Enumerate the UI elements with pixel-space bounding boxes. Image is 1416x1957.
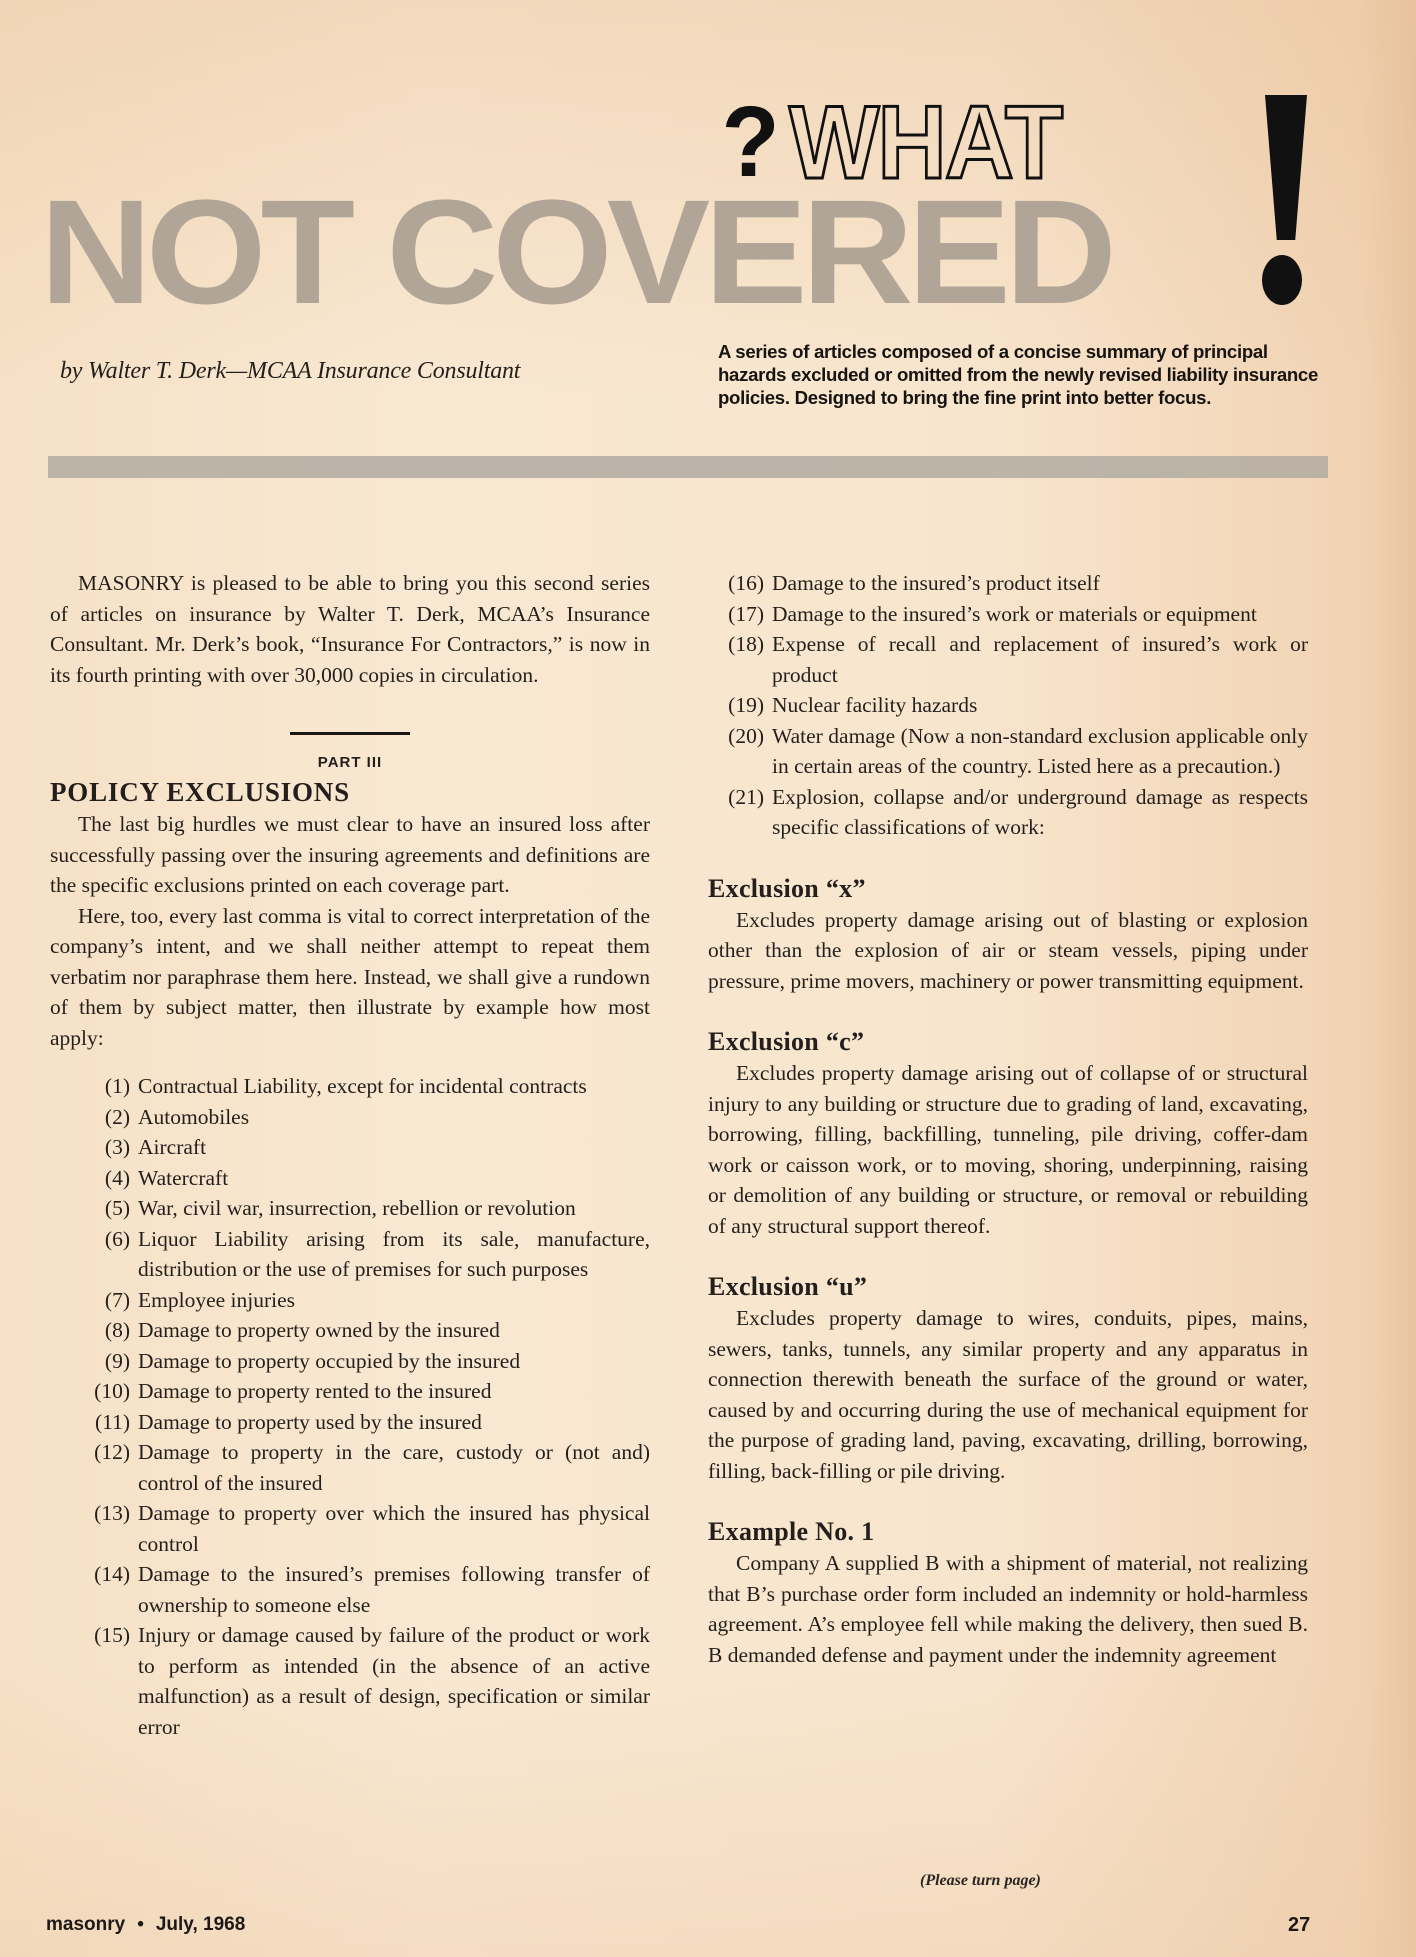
exclusion-number: (15) bbox=[72, 1620, 138, 1742]
exclusion-text: Damage to property over which the insure… bbox=[138, 1498, 650, 1559]
exclusion-number: (12) bbox=[72, 1437, 138, 1498]
exclusion-text: Damage to property rented to the insured bbox=[138, 1376, 650, 1407]
exclamation-dot-icon bbox=[1262, 255, 1302, 305]
exclusion-item: (21)Explosion, collapse and/or undergrou… bbox=[708, 782, 1308, 843]
exclusion-text: Employee injuries bbox=[138, 1285, 650, 1316]
byline: by Walter T. Derk—MCAA Insurance Consult… bbox=[60, 358, 520, 385]
example-title: Example No. 1 bbox=[708, 1516, 1308, 1548]
exclusion-number: (8) bbox=[72, 1315, 138, 1346]
exclamation-bar-icon bbox=[1265, 95, 1307, 240]
article-deck: A series of articles composed of a conci… bbox=[718, 340, 1318, 409]
exclusion-text: Damage to the insured’s premises followi… bbox=[138, 1559, 650, 1620]
section-title: POLICY EXCLUSIONS bbox=[50, 775, 650, 809]
exclusion-text: War, civil war, insurrection, rebellion … bbox=[138, 1193, 650, 1224]
example-body: Company A supplied B with a shipment of … bbox=[708, 1548, 1308, 1670]
page-number: 27 bbox=[1288, 1914, 1310, 1937]
exclusion-item: (1)Contractual Liability, except for inc… bbox=[50, 1071, 650, 1102]
exclusion-text: Damage to the insured’s work or material… bbox=[772, 599, 1308, 630]
intro-paragraph: MASONRY is pleased to be able to bring y… bbox=[50, 568, 650, 690]
exclusion-number: (6) bbox=[72, 1224, 138, 1285]
exclusion-text: Expense of recall and replacement of ins… bbox=[772, 629, 1308, 690]
exclusion-number: (2) bbox=[72, 1102, 138, 1133]
exclusion-text: Damage to property owned by the insured bbox=[138, 1315, 650, 1346]
exclusion-number: (17) bbox=[708, 599, 772, 630]
exclusion-item: (10)Damage to property rented to the ins… bbox=[50, 1376, 650, 1407]
exclusion-text: Automobiles bbox=[138, 1102, 650, 1133]
body-paragraph: Here, too, every last comma is vital to … bbox=[50, 901, 650, 1054]
subsection-title: Exclusion “x” bbox=[708, 873, 1308, 905]
body-paragraph: The last big hurdles we must clear to ha… bbox=[50, 809, 650, 901]
exclusion-item: (8)Damage to property owned by the insur… bbox=[50, 1315, 650, 1346]
exclusion-text: Damage to property in the care, custody … bbox=[138, 1437, 650, 1498]
exclusion-item: (18)Expense of recall and replacement of… bbox=[708, 629, 1308, 690]
subsection-body: Excludes property damage arising out of … bbox=[708, 1058, 1308, 1241]
exclusion-number: (13) bbox=[72, 1498, 138, 1559]
exclusion-number: (21) bbox=[708, 782, 772, 843]
exclusion-text: Injury or damage caused by failure of th… bbox=[138, 1620, 650, 1742]
exclusion-item: (15)Injury or damage caused by failure o… bbox=[50, 1620, 650, 1742]
right-column: (16)Damage to the insured’s product itse… bbox=[708, 568, 1308, 1670]
exclusion-item: (4)Watercraft bbox=[50, 1163, 650, 1194]
exclusion-number: (5) bbox=[72, 1193, 138, 1224]
exclusion-text: Contractual Liability, except for incide… bbox=[138, 1071, 650, 1102]
turn-page-note: (Please turn page) bbox=[920, 1872, 1041, 1890]
exclusion-item: (9)Damage to property occupied by the in… bbox=[50, 1346, 650, 1377]
exclusion-item: (3)Aircraft bbox=[50, 1132, 650, 1163]
exclusion-text: Watercraft bbox=[138, 1163, 650, 1194]
exclusion-item: (12)Damage to property in the care, cust… bbox=[50, 1437, 650, 1498]
exclusion-item: (11)Damage to property used by the insur… bbox=[50, 1407, 650, 1438]
exclusion-number: (4) bbox=[72, 1163, 138, 1194]
exclusions-list-left: (1)Contractual Liability, except for inc… bbox=[50, 1071, 650, 1742]
exclusion-text: Damage to property occupied by the insur… bbox=[138, 1346, 650, 1377]
exclusion-number: (20) bbox=[708, 721, 772, 782]
section-rule bbox=[290, 732, 410, 735]
exclusion-item: (16)Damage to the insured’s product itse… bbox=[708, 568, 1308, 599]
exclusion-number: (9) bbox=[72, 1346, 138, 1377]
exclusion-item: (7)Employee injuries bbox=[50, 1285, 650, 1316]
exclusion-item: (20)Water damage (Now a non-standard exc… bbox=[708, 721, 1308, 782]
publication-name: masonry bbox=[46, 1914, 125, 1935]
exclusions-list-right: (16)Damage to the insured’s product itse… bbox=[708, 568, 1308, 843]
exclusion-text: Explosion, collapse and/or underground d… bbox=[772, 782, 1308, 843]
exclusion-text: Aircraft bbox=[138, 1132, 650, 1163]
exclusion-text: Damage to the insured’s product itself bbox=[772, 568, 1308, 599]
exclusion-number: (11) bbox=[72, 1407, 138, 1438]
subsection-body: Excludes property damage arising out of … bbox=[708, 905, 1308, 997]
exclusion-number: (19) bbox=[708, 690, 772, 721]
exclusion-text: Nuclear facility hazards bbox=[772, 690, 1308, 721]
exclusion-number: (14) bbox=[72, 1559, 138, 1620]
exclusion-item: (6)Liquor Liability arising from its sal… bbox=[50, 1224, 650, 1285]
exclusion-number: (16) bbox=[708, 568, 772, 599]
exclusion-number: (3) bbox=[72, 1132, 138, 1163]
exclusion-item: (17)Damage to the insured’s work or mate… bbox=[708, 599, 1308, 630]
exclusion-number: (7) bbox=[72, 1285, 138, 1316]
bullet-icon: • bbox=[137, 1914, 144, 1935]
part-label: PART III bbox=[50, 753, 650, 773]
exclusion-text: Damage to property used by the insured bbox=[138, 1407, 650, 1438]
subsection-title: Exclusion “u” bbox=[708, 1271, 1308, 1303]
subsection-title: Exclusion “c” bbox=[708, 1026, 1308, 1058]
headline-not-covered: NOT COVERED bbox=[40, 178, 1111, 327]
exclusion-item: (2)Automobiles bbox=[50, 1102, 650, 1133]
exclusion-item: (14)Damage to the insured’s premises fol… bbox=[50, 1559, 650, 1620]
exclusion-text: Liquor Liability arising from its sale, … bbox=[138, 1224, 650, 1285]
exclusion-item: (5)War, civil war, insurrection, rebelli… bbox=[50, 1193, 650, 1224]
left-column: MASONRY is pleased to be able to bring y… bbox=[50, 568, 650, 1742]
exclusion-text: Water damage (Now a non-standard exclusi… bbox=[772, 721, 1308, 782]
subsection-body: Excludes property damage to wires, condu… bbox=[708, 1303, 1308, 1486]
header-divider bbox=[48, 456, 1328, 478]
footer-publication: masonry•July, 1968 bbox=[46, 1914, 245, 1936]
exclusion-number: (1) bbox=[72, 1071, 138, 1102]
exclusion-item: (13)Damage to property over which the in… bbox=[50, 1498, 650, 1559]
exclusion-number: (10) bbox=[72, 1376, 138, 1407]
exclusion-item: (19)Nuclear facility hazards bbox=[708, 690, 1308, 721]
exclusion-number: (18) bbox=[708, 629, 772, 690]
issue-date: July, 1968 bbox=[156, 1914, 245, 1935]
